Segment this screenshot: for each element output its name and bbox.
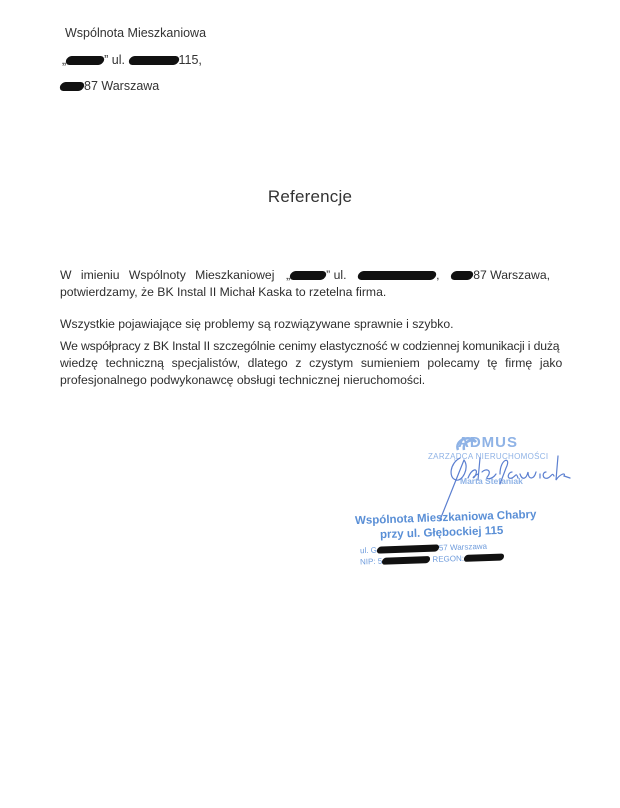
stamp-city: 57 Warszawa bbox=[439, 542, 487, 553]
paragraph-1-line-1: W imieniu Wspólnoty Mieszkaniowej „” ul.… bbox=[60, 267, 550, 284]
paragraph-2-line-1: Wszystkie pojawiające się problemy są ro… bbox=[60, 316, 550, 333]
paragraph-3-line-1: We współpracy z BK Instal II szczególnie… bbox=[60, 338, 550, 355]
redacted-postcode bbox=[450, 271, 474, 280]
p1-street: , bbox=[358, 267, 439, 284]
stamp-nip-prefix: NIP: 5 bbox=[360, 557, 383, 567]
redacted-nip bbox=[381, 556, 431, 565]
city-text: 87 Warszawa bbox=[84, 79, 159, 93]
p1-city-text: 87 Warszawa, bbox=[473, 268, 550, 282]
reference-letter-page: Wspólnota Mieszkaniowa „” ul. 115, 87 Wa… bbox=[0, 0, 620, 808]
stamp-regon-label: REGON: bbox=[432, 554, 464, 564]
community-stamp: Wspólnota Mieszkaniowa Chabry przy ul. G… bbox=[355, 512, 535, 572]
paragraph-2: Wszystkie pojawiające się problemy są ro… bbox=[60, 316, 550, 333]
paragraph-1: W imieniu Wspólnoty Mieszkaniowej „” ul.… bbox=[60, 267, 550, 301]
redacted-name bbox=[65, 56, 105, 65]
redacted-postcode bbox=[59, 82, 85, 91]
paragraph-3: We współpracy z BK Instal II szczególnie… bbox=[60, 338, 550, 389]
sender-line-1: Wspólnota Mieszkaniowa bbox=[65, 26, 206, 40]
sender-name: Wspólnota Mieszkaniowa bbox=[65, 26, 206, 40]
p1-text-a: W imieniu Wspólnoty Mieszkaniowej bbox=[60, 267, 274, 284]
sender-street: „” ul. 115, bbox=[62, 53, 202, 67]
admus-stamp: ADMUS ZARZĄDCA NIERUCHOMOŚCI Marta Stefa… bbox=[420, 428, 600, 508]
redacted-name bbox=[289, 271, 327, 280]
document-title: Referencje bbox=[0, 187, 620, 207]
redacted-regon bbox=[463, 554, 505, 562]
community-stamp-line-1: Wspólnota Mieszkaniowa Chabry bbox=[355, 509, 537, 527]
p1-city: 87 Warszawa, bbox=[451, 267, 550, 284]
community-stamp-line-2: przy ul. Głębockiej 115 bbox=[380, 525, 504, 541]
redacted-stamp-street bbox=[376, 545, 440, 554]
street-number: 115, bbox=[179, 53, 202, 67]
paragraph-3-line-2: wiedzę techniczną specjalistów, dlatego … bbox=[60, 355, 550, 372]
sender-city: 87 Warszawa bbox=[60, 79, 159, 93]
street-prefix: ” ul. bbox=[104, 53, 125, 67]
redacted-street bbox=[357, 271, 437, 280]
redacted-street bbox=[127, 56, 179, 65]
stamp-street-prefix: ul. G bbox=[360, 546, 377, 556]
p1-comma: , bbox=[436, 268, 439, 282]
paragraph-3-line-3: profesjonalnego podwykonawcę obsługi tec… bbox=[60, 372, 550, 389]
p1-street-prefix: ” ul. bbox=[326, 268, 346, 282]
p1-quoted-name: „” ul. bbox=[286, 267, 346, 284]
community-stamp-line-4: NIP: 5 REGON: bbox=[360, 552, 504, 566]
paragraph-1-line-2: potwierdzamy, że BK Instal II Michał Kas… bbox=[60, 284, 550, 301]
